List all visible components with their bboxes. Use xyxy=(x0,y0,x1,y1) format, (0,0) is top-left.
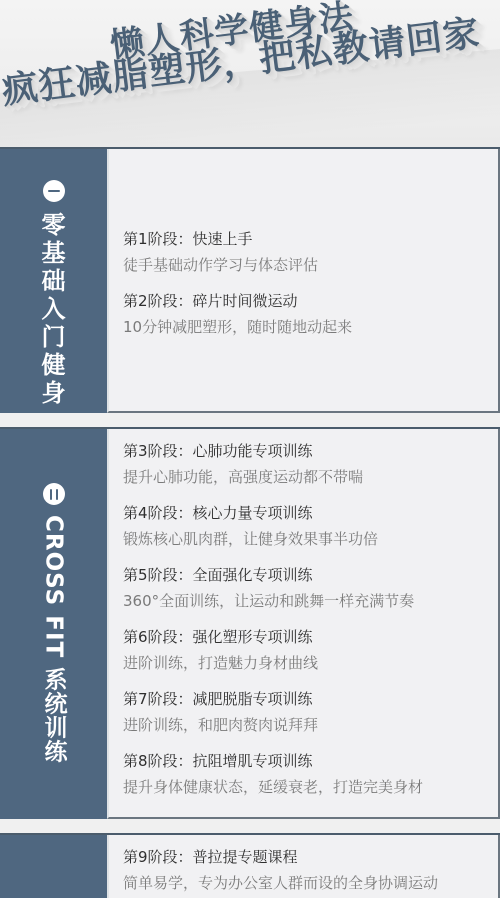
stage-desc: 简单易学，专为办公室人群而设的全身协调运动 xyxy=(123,873,438,893)
stage-item: 第6阶段：强化塑形专项训练 进阶训练，打造魅力身材曲线 xyxy=(123,627,318,673)
stage-item: 第3阶段：心肺功能专项训练 提升心肺功能，高强度运动都不带喘 xyxy=(123,441,363,487)
section-content: 第9阶段：普拉提专题课程 简单易学，专为办公室人群而设的全身协调运动 xyxy=(107,835,500,898)
section-pilates: 第9阶段：普拉提专题课程 简单易学，专为办公室人群而设的全身协调运动 xyxy=(0,833,500,898)
stage-desc: 锻炼核心肌肉群，让健身效果事半功倍 xyxy=(123,529,378,549)
stage-item: 第1阶段：快速上手 徒手基础动作学习与体态评估 xyxy=(123,229,318,275)
stage-desc: 进阶训练，打造魅力身材曲线 xyxy=(123,653,318,673)
section-side-panel xyxy=(0,835,107,898)
stage-desc: 徒手基础动作学习与体态评估 xyxy=(123,255,318,275)
stage-item: 第8阶段：抗阻增肌专项训练 提升身体健康状态，延缓衰老，打造完美身材 xyxy=(123,751,423,797)
stage-title: 第5阶段：全面强化专项训练 xyxy=(123,565,414,585)
stage-title: 第9阶段：普拉提专题课程 xyxy=(123,847,438,867)
stage-item: 第9阶段：普拉提专题课程 简单易学，专为办公室人群而设的全身协调运动 xyxy=(123,847,438,893)
stage-title: 第2阶段：碎片时间微运动 xyxy=(123,291,352,311)
section-content: 第1阶段：快速上手 徒手基础动作学习与体态评估 第2阶段：碎片时间微运动 10分… xyxy=(107,149,500,413)
section-side-panel: 零基础入门健身 xyxy=(0,149,107,413)
circle-number-one-icon xyxy=(43,180,65,202)
stage-item: 第7阶段：减肥脱脂专项训练 进阶训练，和肥肉赘肉说拜拜 xyxy=(123,689,318,735)
section-label: CROSS FIT 系统训练 xyxy=(39,515,69,763)
stage-desc: 提升心肺功能，高强度运动都不带喘 xyxy=(123,467,363,487)
stage-desc: 提升身体健康状态，延缓衰老，打造完美身材 xyxy=(123,777,423,797)
poster-header: 懒人科学健身法 疯狂减脂塑形，把私教请回家 xyxy=(0,0,500,147)
stage-item: 第4阶段：核心力量专项训练 锻炼核心肌肉群，让健身效果事半功倍 xyxy=(123,503,378,549)
section-side-panel: CROSS FIT 系统训练 xyxy=(0,429,107,819)
stage-desc: 360°全面训练，让运动和跳舞一样充满节奏 xyxy=(123,591,414,611)
stage-title: 第3阶段：心肺功能专项训练 xyxy=(123,441,363,461)
stage-desc: 进阶训练，和肥肉赘肉说拜拜 xyxy=(123,715,318,735)
section-crossfit: CROSS FIT 系统训练 第3阶段：心肺功能专项训练 提升心肺功能，高强度运… xyxy=(0,427,500,819)
section-beginner: 零基础入门健身 第1阶段：快速上手 徒手基础动作学习与体态评估 第2阶段：碎片时… xyxy=(0,147,500,413)
stage-title: 第4阶段：核心力量专项训练 xyxy=(123,503,378,523)
course-poster: 懒人科学健身法 疯狂减脂塑形，把私教请回家 零基础入门健身 第1阶段：快速上手 … xyxy=(0,0,500,898)
stage-item: 第5阶段：全面强化专项训练 360°全面训练，让运动和跳舞一样充满节奏 xyxy=(123,565,414,611)
stage-item: 第2阶段：碎片时间微运动 10分钟减肥塑形，随时随地动起来 xyxy=(123,291,352,337)
section-label: 零基础入门健身 xyxy=(39,211,69,407)
stage-title: 第1阶段：快速上手 xyxy=(123,229,318,249)
circle-number-two-icon xyxy=(43,483,65,505)
stage-title: 第7阶段：减肥脱脂专项训练 xyxy=(123,689,318,709)
stage-title: 第6阶段：强化塑形专项训练 xyxy=(123,627,318,647)
stage-desc: 10分钟减肥塑形，随时随地动起来 xyxy=(123,317,352,337)
section-content: 第3阶段：心肺功能专项训练 提升心肺功能，高强度运动都不带喘 第4阶段：核心力量… xyxy=(107,429,500,819)
stage-title: 第8阶段：抗阻增肌专项训练 xyxy=(123,751,423,771)
